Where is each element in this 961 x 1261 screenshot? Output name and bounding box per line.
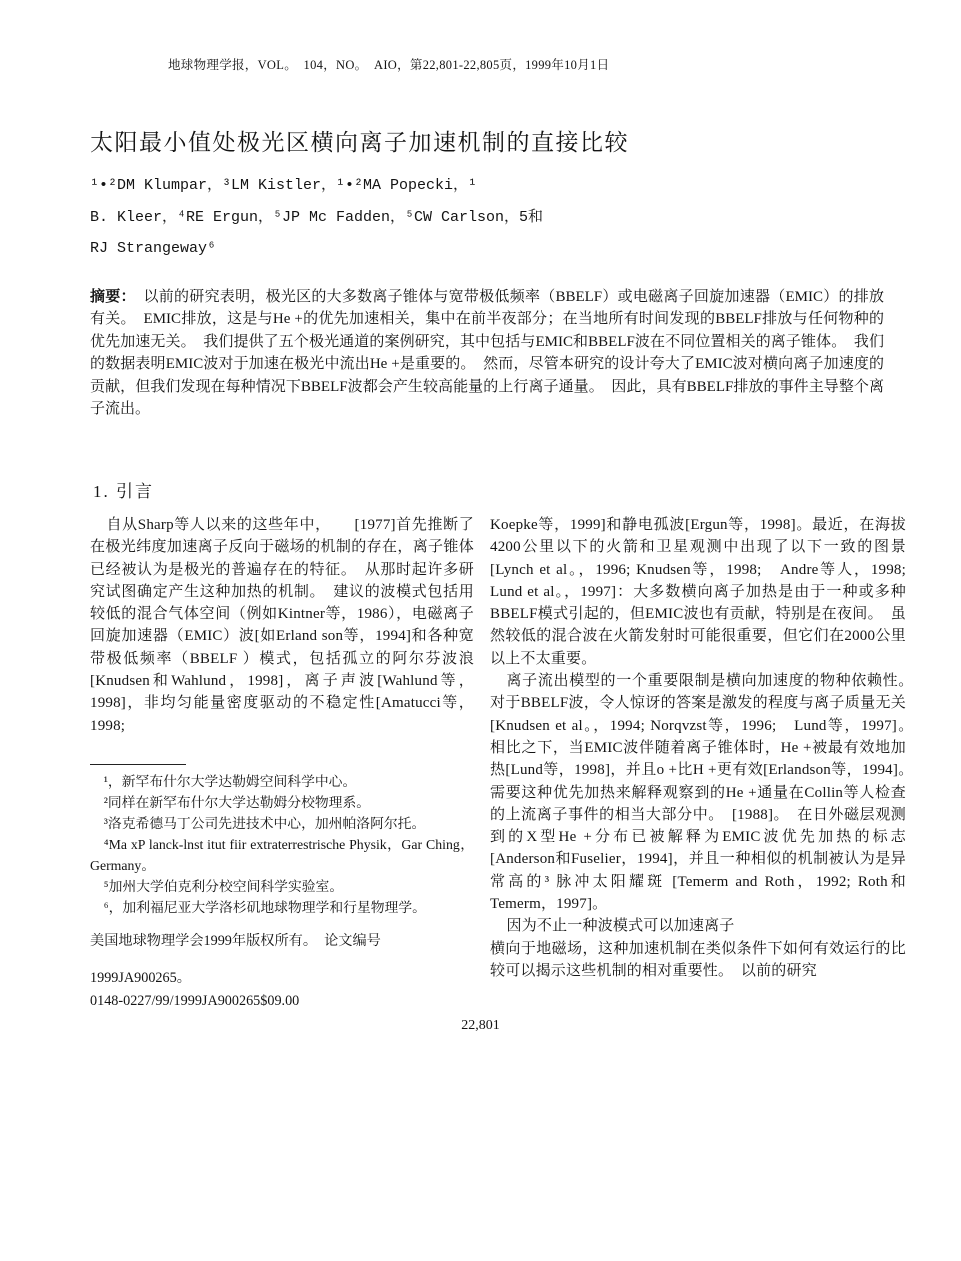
intro-paragraph-right-3a: 因为不止一种波模式可以加速离子	[490, 915, 906, 937]
journal-header-line: 地球物理学报，VOL。 104，NO。 AIO，第22,801-22,805页，…	[168, 55, 609, 73]
paper-title: 太阳最小值处极光区横向离子加速机制的直接比较	[90, 124, 910, 157]
footnote-block: ¹，新罕布什尔大学达勒姆空间科学中心。 ²同样在新罕布什尔大学达勒姆分校物理系。…	[90, 771, 474, 918]
abstract-label: 摘要：	[90, 289, 128, 305]
copyright-block: 美国地球物理学会1999年版权所有。 论文编号 1999JA900265。 01…	[90, 931, 474, 1012]
section-1-heading: 1. 引言	[93, 477, 154, 502]
footnote-3: ³洛克希德马丁公司先进技术中心，加州帕洛阿尔托。	[90, 813, 474, 834]
footnote-2: ²同样在新罕布什尔大学达勒姆分校物理系。	[90, 792, 474, 813]
copyright-line-2: 1999JA900265。	[90, 968, 474, 989]
intro-paragraph-left: 自从Sharp等人以来的这些年中， [1977]首先推断了在极光纬度加速离子反向…	[90, 514, 474, 737]
intro-paragraph-right-3b: 横向于地磁场，这种加速机制在类似条件下如何有效运行的比较可以揭示这些机制的相对重…	[490, 938, 906, 983]
author-line-3: RJ Strangeway⁶	[90, 233, 690, 265]
copyright-line-1: 美国地球物理学会1999年版权所有。 论文编号	[90, 931, 474, 952]
right-column: Koepke等，1999]和静电孤波[Ergun等，1998]。最近，在海拔42…	[490, 514, 906, 1012]
intro-paragraph-right-2: 离子流出模型的一个重要限制是横向加速度的物种依赖性。 对于BBELF波，令人惊讶…	[490, 670, 906, 915]
author-line-2: B. Kleer，⁴RE Ergun，⁵JP Mc Fadden，⁵CW Car…	[90, 202, 690, 234]
abstract: 摘要： 以前的研究表明，极光区的大多数离子锥体与宽带极低频率（BBELF）或电磁…	[90, 286, 884, 420]
footnote-6: ⁶，加利福尼亚大学洛杉矶地球物理学和行星物理学。	[90, 897, 474, 918]
author-line-1: ¹•²DM Klumpar，³LM Kistler，¹•²MA Popecki，…	[90, 170, 690, 202]
footnote-divider	[90, 764, 186, 765]
copyright-line-3: 0148-0227/99/1999JA900265$09.00	[90, 991, 474, 1012]
abstract-text: 以前的研究表明，极光区的大多数离子锥体与宽带极低频率（BBELF）或电磁离子回旋…	[90, 289, 884, 417]
author-block: ¹•²DM Klumpar，³LM Kistler，¹•²MA Popecki，…	[90, 170, 690, 265]
footnote-5: ⁵加州大学伯克利分校空间科学实验室。	[90, 876, 474, 897]
page-number: 22,801	[0, 1018, 961, 1034]
paper-page: 地球物理学报，VOL。 104，NO。 AIO，第22,801-22,805页，…	[0, 0, 961, 1261]
intro-paragraph-right-1: Koepke等，1999]和静电孤波[Ergun等，1998]。最近，在海拔42…	[490, 514, 906, 670]
footnote-1: ¹，新罕布什尔大学达勒姆空间科学中心。	[90, 771, 474, 792]
left-column: 自从Sharp等人以来的这些年中， [1977]首先推断了在极光纬度加速离子反向…	[90, 514, 474, 1012]
footnote-4: ⁴Ma xP lanck-lnst itut fiir extraterrest…	[90, 834, 474, 876]
two-column-body: 自从Sharp等人以来的这些年中， [1977]首先推断了在极光纬度加速离子反向…	[90, 514, 906, 1012]
